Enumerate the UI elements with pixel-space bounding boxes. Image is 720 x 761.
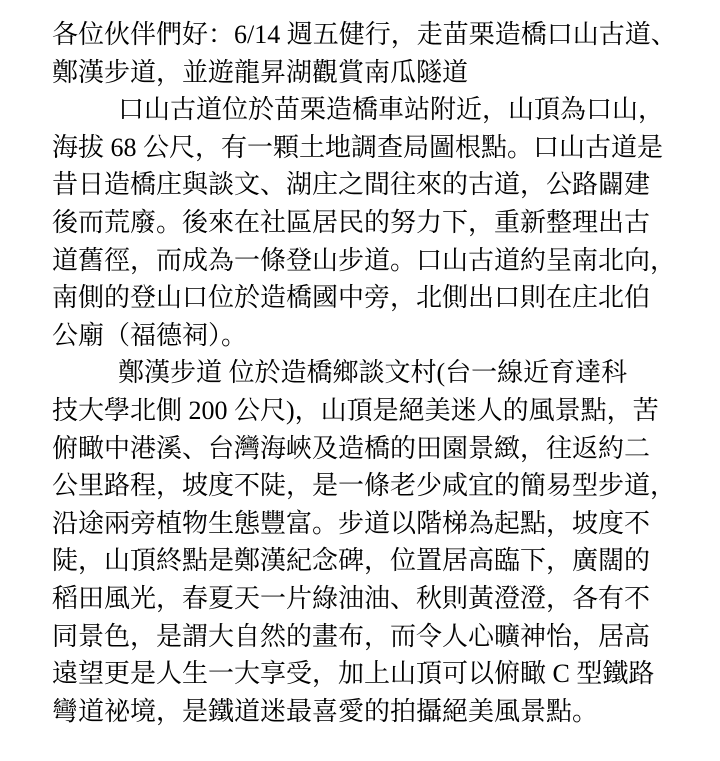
text-line: 後而荒廢。後來在社區居民的努力下，重新整理出古	[52, 204, 702, 242]
text-line: 口山古道位於苗栗造橋車站附近，山頂為口山，	[52, 91, 702, 129]
text-line: 俯瞰中港溪、台灣海峽及造橋的田園景緻，往返約二	[52, 430, 702, 468]
text-line: 沿途兩旁植物生態豐富。步道以階梯為起點，坡度不	[52, 505, 702, 543]
text-line: 昔日造橋庄與談文、湖庄之間往來的古道，公路闢建	[52, 166, 702, 204]
text-line: 技大學北側 200 公尺)，山頂是絕美迷人的風景點，苦	[52, 392, 702, 430]
text-line: 南側的登山口位於造橋國中旁，北側出口則在庄北伯	[52, 279, 702, 317]
document-text: 各位伙伴們好：6/14 週五健行，走苗栗造橋口山古道、鄭漢步道，並遊龍昇湖觀賞南…	[52, 16, 702, 730]
document-page: 各位伙伴們好：6/14 週五健行，走苗栗造橋口山古道、鄭漢步道，並遊龍昇湖觀賞南…	[0, 0, 720, 761]
text-line: 海拔 68 公尺，有一顆土地調查局圖根點。口山古道是	[52, 129, 702, 167]
text-line: 稻田風光，春夏天一片綠油油、秋則黃澄澄，各有不	[52, 580, 702, 618]
text-line: 陡，山頂終點是鄭漢紀念碑，位置居高臨下，廣闊的	[52, 542, 702, 580]
text-line: 鄭漢步道，並遊龍昇湖觀賞南瓜隧道	[52, 54, 702, 92]
text-line: 各位伙伴們好：6/14 週五健行，走苗栗造橋口山古道、	[52, 16, 702, 54]
text-line: 公廟（福德祠）。	[52, 317, 702, 355]
text-line: 鄭漢步道 位於造橋鄉談文村(台一線近育達科	[52, 354, 702, 392]
text-line: 道舊徑，而成為一條登山步道。口山古道約呈南北向，	[52, 242, 702, 280]
text-line: 同景色，是謂大自然的畫布，而令人心曠神怡，居高	[52, 618, 702, 656]
text-line: 公里路程，坡度不陡，是一條老少咸宜的簡易型步道，	[52, 467, 702, 505]
text-line: 彎道祕境，是鐵道迷最喜愛的拍攝絕美風景點。	[52, 693, 702, 731]
text-line: 遠望更是人生一大享受，加上山頂可以俯瞰 C 型鐵路	[52, 655, 702, 693]
